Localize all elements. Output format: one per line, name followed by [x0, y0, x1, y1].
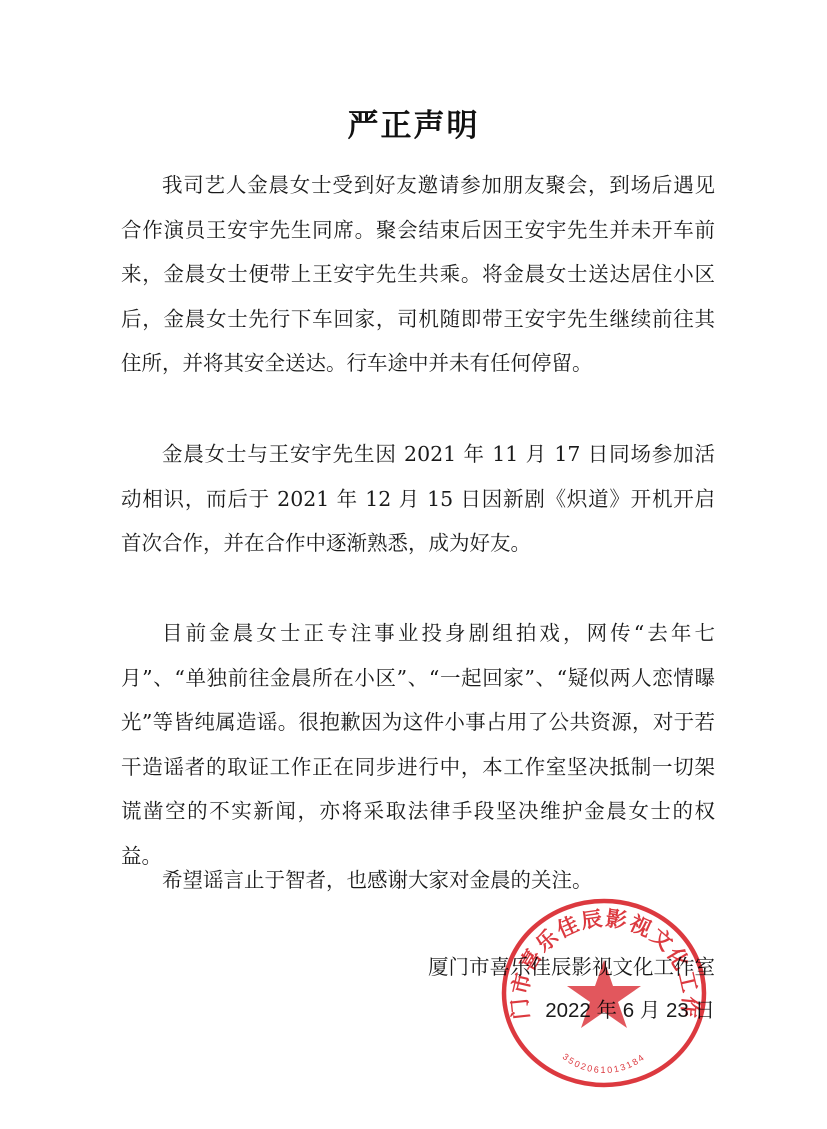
svg-text:3502061013184: 3502061013184 [561, 1051, 648, 1075]
paragraph-4: 希望谣言止于智者，也感谢大家对金晨的关注。 [121, 858, 715, 903]
paragraph-2: 金晨女士与王安宇先生因 2021 年 11 月 17 日同场参加活动相识，而后于… [121, 432, 715, 566]
statement-page: 严正声明 我司艺人金晨女士受到好友邀请参加朋友聚会，到场后遇见合作演员王安宇先生… [0, 0, 827, 1129]
stamp-serial-number: 3502061013184 [561, 1051, 648, 1075]
official-seal-stamp: 厦门市喜乐佳辰影视文化工作室 3502061013184 [500, 898, 708, 1088]
star-icon [567, 960, 641, 1028]
page-title: 严正声明 [0, 100, 827, 145]
paragraph-3: 目前金晨女士正专注事业投身剧组拍戏，网传“去年七月”、“单独前往金晨所在小区”、… [121, 611, 715, 878]
paragraph-1: 我司艺人金晨女士受到好友邀请参加朋友聚会，到场后遇见合作演员王安宇先生同席。聚会… [121, 163, 715, 386]
